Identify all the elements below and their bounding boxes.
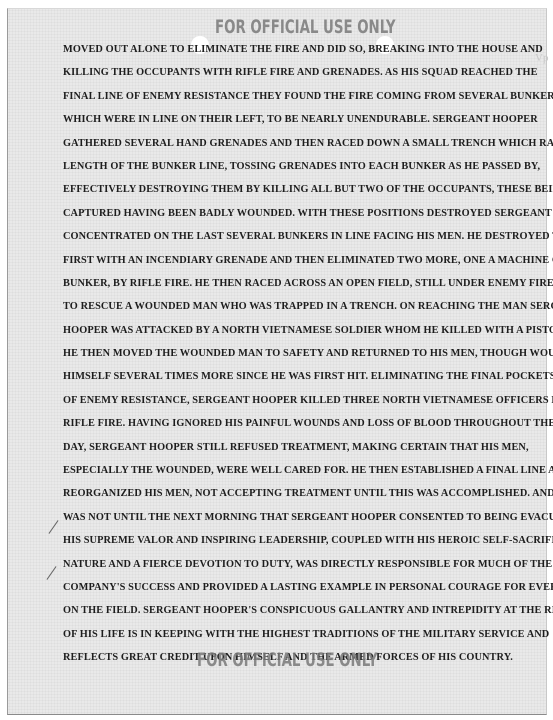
text-line: COMPANY'S SUCCESS AND PROVIDED A LASTING… [63, 576, 543, 599]
text-line: BUNKER, BY RIFLE FIRE. HE THEN RACED ACR… [63, 272, 543, 295]
text-line: HE THEN MOVED THE WOUNDED MAN TO SAFETY … [63, 342, 543, 365]
text-line: RIFLE FIRE. HAVING IGNORED HIS PAINFUL W… [63, 412, 543, 435]
footer-stamp: FOR OFFICIAL USE ONLY [197, 649, 378, 671]
header-stamp: FOR OFFICIAL USE ONLY [215, 16, 396, 38]
text-line: HOOPER WAS ATTACKED BY A NORTH VIETNAMES… [63, 319, 543, 342]
text-line: FINAL LINE OF ENEMY RESISTANCE THEY FOUN… [63, 85, 543, 108]
text-line: LENGTH OF THE BUNKER LINE, TOSSING GRENA… [63, 155, 543, 178]
text-line: REORGANIZED HIS MEN, NOT ACCEPTING TREAT… [63, 482, 543, 505]
text-line: MOVED OUT ALONE TO ELIMINATE THE FIRE AN… [63, 38, 543, 61]
text-line: ON THE FIELD. SERGEANT HOOPER'S CONSPICU… [63, 599, 543, 622]
text-line: KILLING THE OCCUPANTS WITH RIFLE FIRE AN… [63, 61, 543, 84]
text-line: CONCENTRATED ON THE LAST SEVERAL BUNKERS… [63, 225, 543, 248]
text-line: WHICH WERE IN LINE ON THEIR LEFT, TO BE … [63, 108, 543, 131]
text-line: HIS SUPREME VALOR AND INSPIRING LEADERSH… [63, 529, 543, 552]
citation-body: MOVED OUT ALONE TO ELIMINATE THE FIRE AN… [63, 38, 543, 670]
text-line: ESPECIALLY THE WOUNDED, WERE WELL CARED … [63, 459, 543, 482]
margin-mark [47, 566, 57, 580]
text-line: CAPTURED HAVING BEEN BADLY WOUNDED. WITH… [63, 202, 543, 225]
text-line: HIMSELF SEVERAL TIMES MORE SINCE HE WAS … [63, 365, 543, 388]
text-line: EFFECTIVELY DESTROYING THEM BY KILLING A… [63, 178, 543, 201]
text-line: DAY, SERGEANT HOOPER STILL REFUSED TREAT… [63, 436, 543, 459]
margin-mark [49, 520, 59, 534]
text-line: OF HIS LIFE IS IN KEEPING WITH THE HIGHE… [63, 623, 543, 646]
text-line: GATHERED SEVERAL HAND GRENADES AND THEN … [63, 132, 543, 155]
text-line: OF ENEMY RESISTANCE, SERGEANT HOOPER KIL… [63, 389, 543, 412]
text-line: FIRST WITH AN INCENDIARY GRENADE AND THE… [63, 249, 543, 272]
text-line: WAS NOT UNTIL THE NEXT MORNING THAT SERG… [63, 506, 543, 529]
document-page: FOR OFFICIAL USE ONLY Vp MOVED OUT ALONE… [7, 8, 547, 715]
text-line: TO RESCUE A WOUNDED MAN WHO WAS TRAPPED … [63, 295, 543, 318]
text-line: NATURE AND A FIERCE DEVOTION TO DUTY, WA… [63, 553, 543, 576]
